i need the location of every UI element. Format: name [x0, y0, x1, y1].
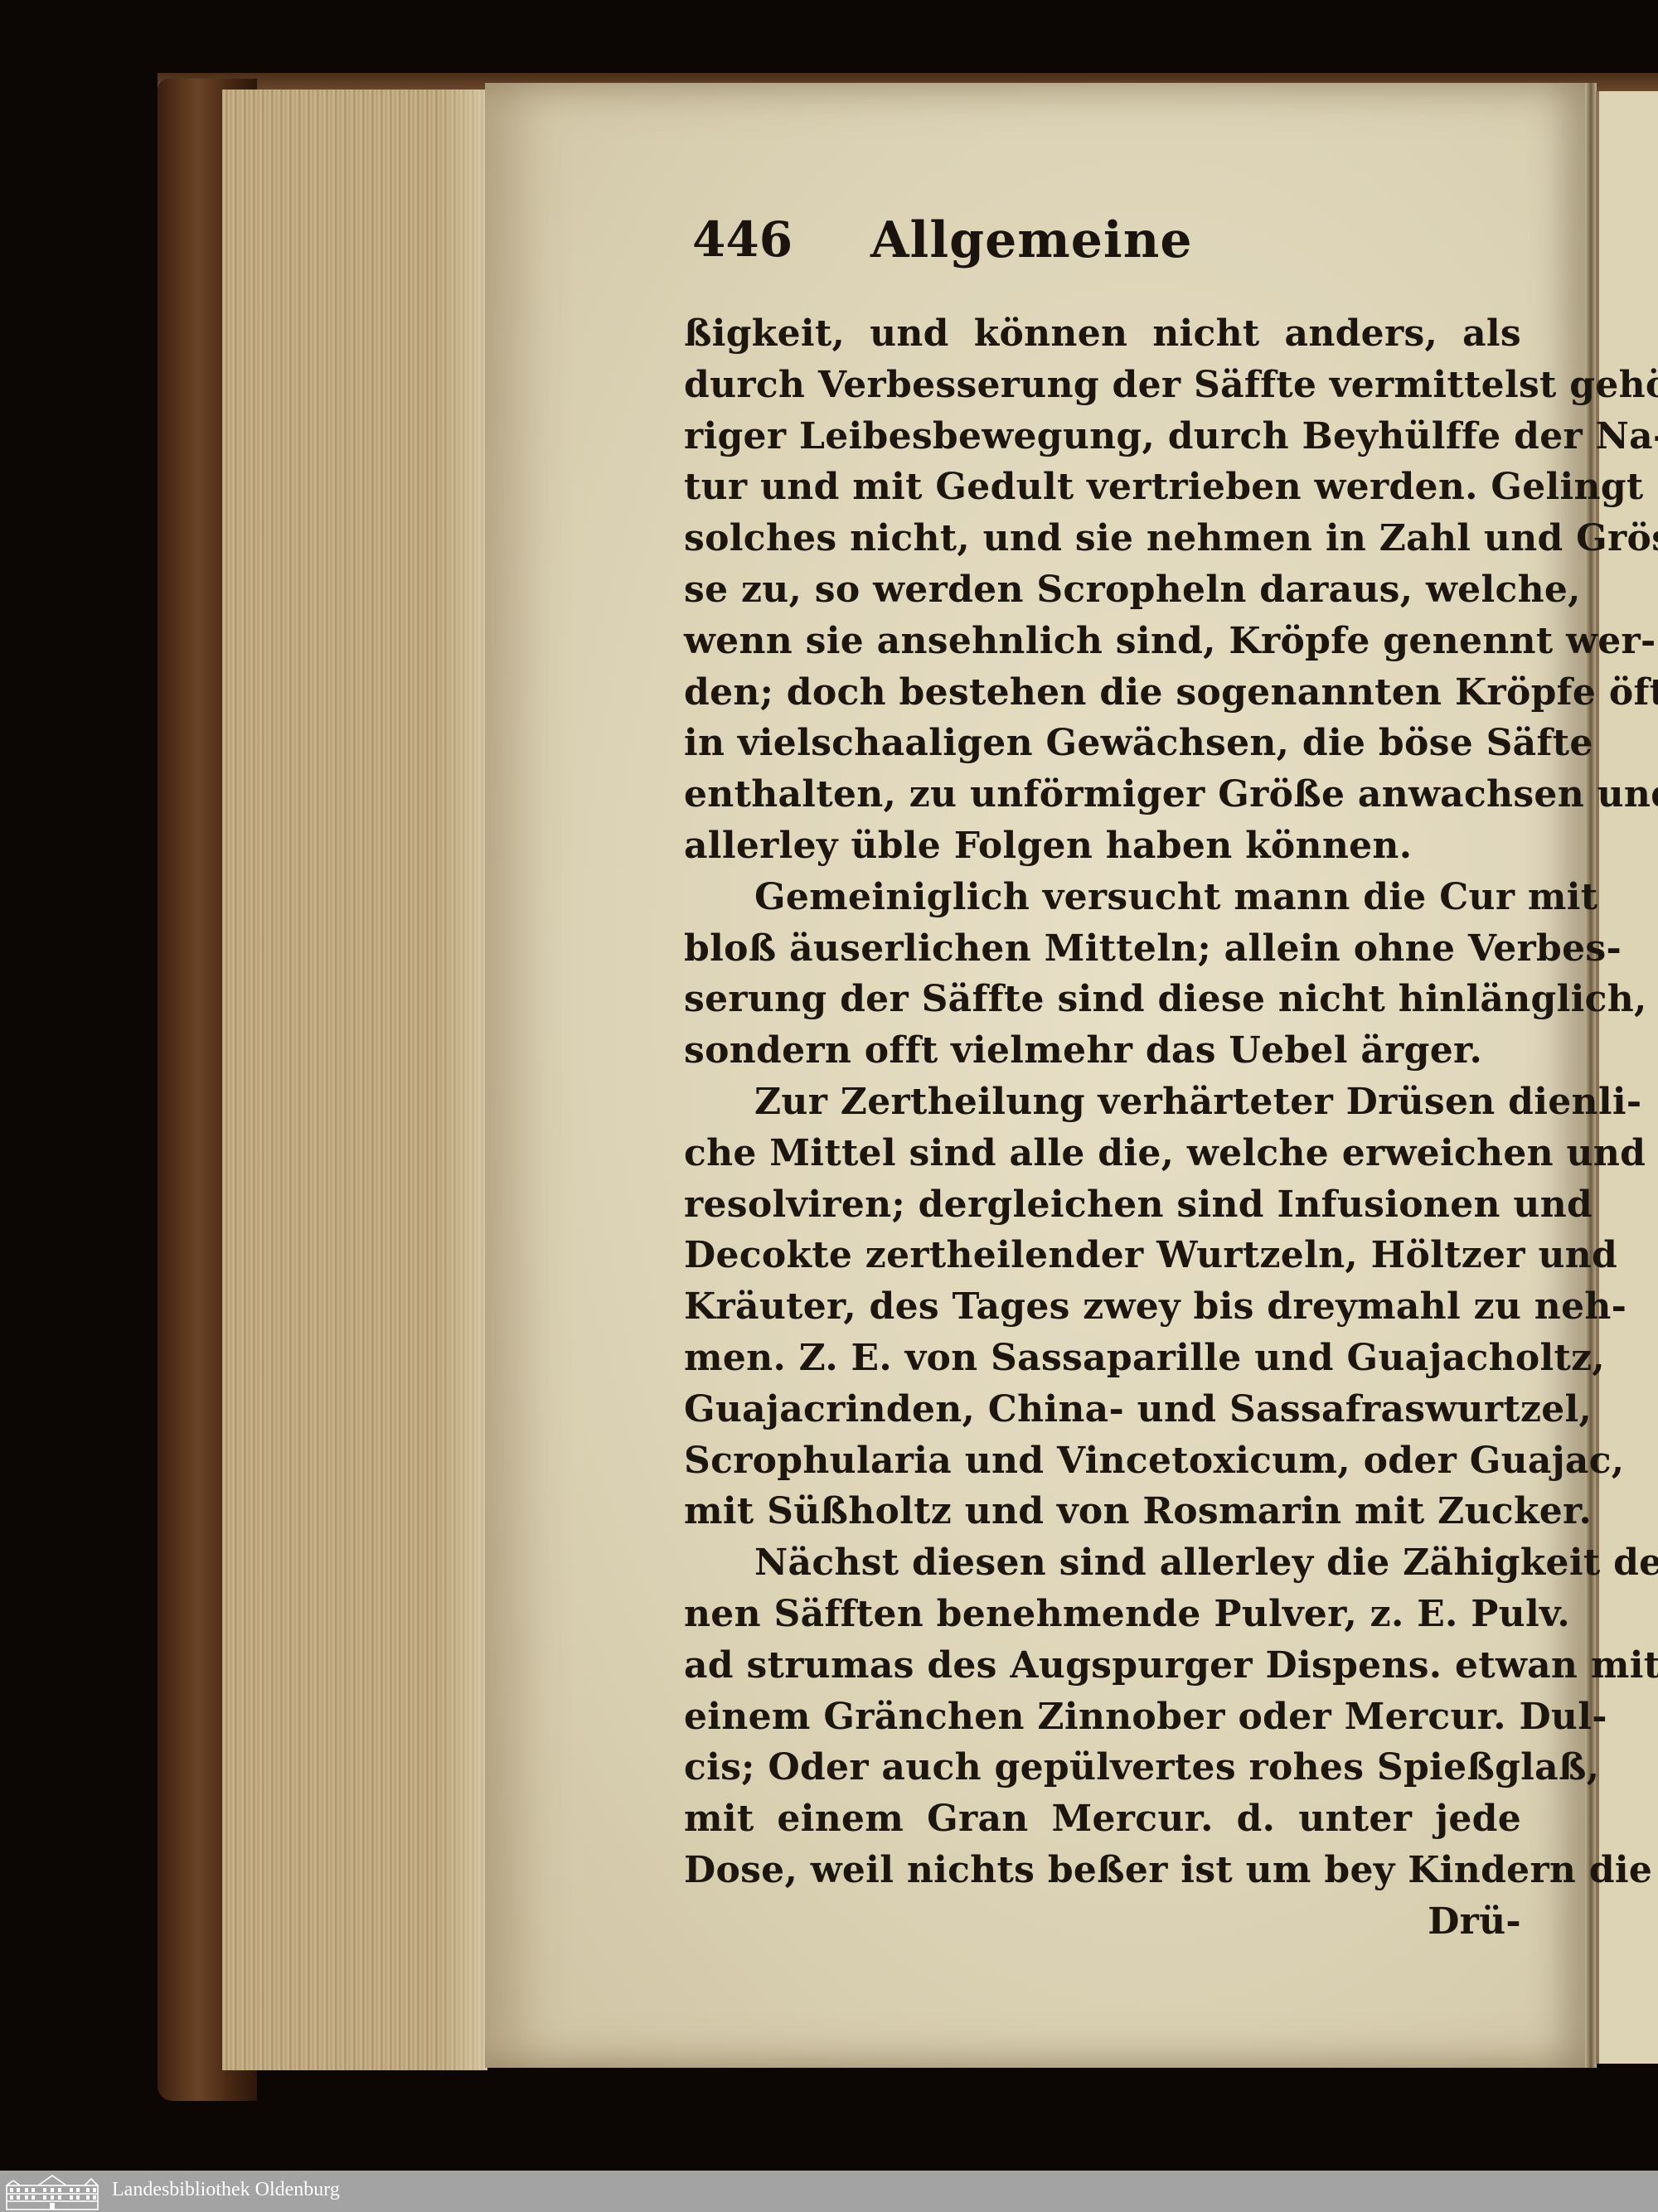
text-line: Scrophularia und Vincetoxicum, oder Guaj… — [684, 1435, 1521, 1487]
text-line: che Mittel sind alle die, welche erweich… — [684, 1128, 1521, 1179]
text-line: bloß äuserlichen Mitteln; allein ohne Ve… — [684, 923, 1521, 975]
text-line: wenn sie ansehnlich sind, Kröpfe genennt… — [684, 616, 1521, 667]
text-line: solches nicht, und sie nehmen in Zahl un… — [684, 513, 1521, 564]
text-line: serung der Säffte sind diese nicht hinlä… — [684, 974, 1521, 1025]
text-line: tur und mit Gedult vertrieben werden. Ge… — [684, 462, 1521, 513]
text-line: durch Verbesserung der Säffte vermittels… — [684, 360, 1521, 411]
text-line: Decokte zertheilender Wurtzeln, Höltzer … — [684, 1230, 1521, 1281]
text-line: cis; Oder auch gepülvertes rohes Spießgl… — [684, 1742, 1521, 1793]
running-head: Allgemeine — [870, 211, 1193, 269]
text-line: nen Säfften benehmende Pulver, z. E. Pul… — [684, 1589, 1521, 1640]
book-scan: 446 Allgemeine ßigkeit, und können nicht… — [0, 0, 1658, 2171]
page-edges — [222, 90, 487, 2070]
page-body-text: ßigkeit, und können nicht anders, alsdur… — [684, 308, 1521, 1948]
text-line: Drü- — [684, 1896, 1521, 1948]
text-line: ßigkeit, und können nicht anders, als — [684, 308, 1521, 360]
text-line: men. Z. E. von Sassaparille und Guajacho… — [684, 1333, 1521, 1384]
text-line: resolviren; dergleichen sind Infusionen … — [684, 1179, 1521, 1231]
text-line: allerley üble Folgen haben können. — [684, 820, 1521, 872]
text-line: Nächst diesen sind allerley die Zähigkei… — [684, 1537, 1521, 1589]
library-building-icon — [5, 2174, 99, 2210]
institution-name: Landesbibliothek Oldenburg — [112, 2179, 340, 2201]
text-line: Zur Zertheilung verhärteter Drüsen dienl… — [684, 1077, 1521, 1128]
text-line: Kräuter, des Tages zwey bis dreymahl zu … — [684, 1281, 1521, 1333]
text-line: in vielschaaligen Gewächsen, die böse Sä… — [684, 718, 1521, 769]
text-line: mit einem Gran Mercur. d. unter jede — [684, 1793, 1521, 1845]
text-line: Dose, weil nichts beßer ist um bey Kinde… — [684, 1845, 1521, 1896]
page-header: 446 Allgemeine — [692, 211, 1521, 278]
text-line: sondern offt vielmehr das Uebel ärger. — [684, 1025, 1521, 1077]
page-number: 446 — [692, 211, 793, 268]
text-line: enthalten, zu unförmiger Größe anwachsen… — [684, 769, 1521, 820]
text-line: mit Süßholtz und von Rosmarin mit Zucker… — [684, 1486, 1521, 1537]
text-line: einem Gränchen Zinnober oder Mercur. Dul… — [684, 1692, 1521, 1743]
footer-bar: Landesbibliothek Oldenburg — [0, 2171, 1658, 2212]
text-line: Guajacrinden, China- und Sassafraswurtze… — [684, 1384, 1521, 1435]
text-line: riger Leibesbewegung, durch Beyhülffe de… — [684, 411, 1521, 462]
text-line: den; doch bestehen die sogenannten Kröpf… — [684, 667, 1521, 719]
text-line: ad strumas des Augspurger Dispens. etwan… — [684, 1640, 1521, 1692]
text-line: Gemeiniglich versucht mann die Cur mit — [684, 872, 1521, 923]
text-line: se zu, so werden Scropheln daraus, welch… — [684, 564, 1521, 616]
